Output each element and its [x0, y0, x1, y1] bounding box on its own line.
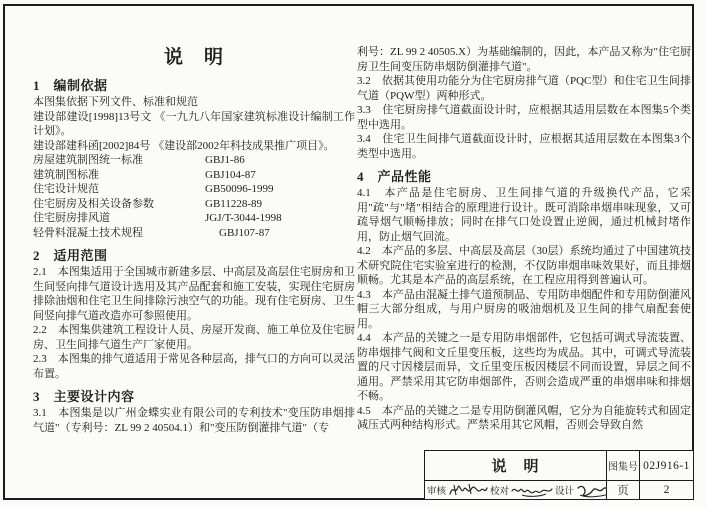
page-title: 说 明 — [33, 46, 355, 70]
section-4-paragraph-4: 4.4 本产品的关键之一是专用防串烟部件，它包括可调式导流装置、防串烟排气阀和文… — [357, 331, 691, 404]
section-3-paragraph-1-continued: 利号：ZL 99 2 40505.X）为基础编制的，因此，本产品又称为"住宅厨房… — [357, 45, 691, 74]
standard-code: GB11228-89 — [205, 197, 355, 212]
standard-name: 住宅设计规范 — [33, 182, 205, 197]
section-3-paragraph-3: 3.3 住宅厨房排气道截面设计时，应根据其适用层数在本图集5个类型中选用。 — [357, 103, 691, 132]
standards-list: 房屋建筑制图统一标准 GBJ1-86 建筑制图标准 GBJ104-87 住宅设计… — [33, 153, 355, 240]
standard-name: 房屋建筑制图统一标准 — [33, 153, 205, 168]
section-4-paragraph-5: 4.5 本产品的关键之二是专用防倒灌风帽，它分为自能旋转式和固定减压式两种结构形… — [357, 404, 691, 433]
section-2-paragraph-3: 2.3 本图集的排气道适用于常见各种层高，排气口的方向可以灵活布置。 — [33, 352, 355, 381]
standard-name: 轻骨料混凝土技术规程 — [33, 226, 205, 241]
section-3-heading: 3 主要设计内容 — [33, 389, 355, 405]
standard-code: GBJ1-86 — [205, 153, 355, 168]
section-2-paragraph-2: 2.2 本图集供建筑工程设计人员、房屋开发商、施工单位及住宅厨房、卫生间排气道生… — [33, 323, 355, 352]
section-1-paragraph-1: 本图集依据下列文件、标准和规范 — [33, 95, 355, 110]
section-2-heading: 2 适用范围 — [33, 248, 355, 264]
section-3-paragraph-4: 3.4 住宅卫生间排气道截面设计时，应根据其适用层数在本图集3个类型中选用。 — [357, 132, 691, 161]
proofread-label: 校对 — [490, 483, 509, 497]
standard-name: 住宅厨房及相关设备参数 — [33, 197, 205, 212]
review-signature — [447, 482, 489, 498]
section-1-paragraph-3: 建设部建科函[2002]84号 《建设部2002年科技成果推广项目》。 — [33, 139, 355, 154]
standard-row: 住宅厨房排风道 JGJ/T-3044-1998 — [33, 211, 355, 226]
signature-row: 审核 校对 设计 — [425, 480, 606, 499]
standard-row: 房屋建筑制图统一标准 GBJ1-86 — [33, 153, 355, 168]
right-column: 利号：ZL 99 2 40505.X）为基础编制的，因此，本产品又称为"住宅厨房… — [357, 45, 691, 433]
standard-code: GBJ104-87 — [205, 168, 355, 183]
page-number-label: 页 — [606, 480, 639, 499]
section-3-paragraph-2: 3.2 依据其使用功能分为住宅厨房排气道（PQC型）和住宅卫生间排气道（PQW型… — [357, 74, 691, 103]
standard-row: 住宅设计规范 GB50096-1999 — [33, 182, 355, 197]
review-label: 审核 — [427, 483, 446, 497]
section-4-heading: 4 产品性能 — [357, 169, 691, 185]
standard-row: 轻骨料混凝土技术规程 GBJ107-87 — [33, 226, 355, 241]
left-column: 说 明 1 编制依据 本图集依据下列文件、标准和规范 建设部建设[1998]13… — [33, 46, 355, 435]
standard-code: GBJ107-87 — [219, 226, 355, 241]
standard-row: 住宅厨房及相关设备参数 GB11228-89 — [33, 197, 355, 212]
section-1-paragraph-2: 建设部建设[1998]13号文 《一九九八年国家建筑标准设计编制工作计划》。 — [33, 110, 355, 139]
standard-code: GB50096-1999 — [205, 182, 355, 197]
title-block-sheet-title: 说 明 — [425, 451, 606, 480]
section-3-paragraph-1: 3.1 本图集是以广州金蝶实业有限公司的专利技术"变压防串烟排气道"（专利号：Z… — [33, 406, 355, 435]
section-2-paragraph-1: 2.1 本图集适用于全国城市新建多层、中高层及高层住宅厨房和卫生间竖向排气道设计… — [33, 265, 355, 323]
atlas-number-label: 图集号 — [606, 451, 639, 480]
standard-row: 建筑制图标准 GBJ104-87 — [33, 168, 355, 183]
standard-name: 住宅厨房排风道 — [33, 211, 205, 226]
design-signature — [575, 482, 606, 499]
standard-name: 建筑制图标准 — [33, 168, 205, 183]
section-1-heading: 1 编制依据 — [33, 78, 355, 94]
title-block: 说 明 图集号 02J916-1 审核 校对 设计 — [424, 450, 694, 500]
atlas-number-value: 02J916-1 — [639, 451, 693, 480]
design-label: 设计 — [555, 483, 574, 497]
section-4-paragraph-2: 4.2 本产品的多层、中高层及高层（30层）系统均通过了中国建筑技术研究院住宅实… — [357, 244, 691, 288]
section-4-paragraph-1: 4.1 本产品是住宅厨房、卫生间排气道的升级换代产品，它采用"疏"与"堵"相结合… — [357, 186, 691, 244]
section-4-paragraph-3: 4.3 本产品由混凝土排气道预制品、专用防串烟配件和专用防倒灌风帽三大部分组成，… — [357, 288, 691, 332]
proofread-signature — [510, 482, 554, 498]
standard-code: JGJ/T-3044-1998 — [205, 211, 355, 226]
page-number-value: 2 — [639, 480, 693, 499]
